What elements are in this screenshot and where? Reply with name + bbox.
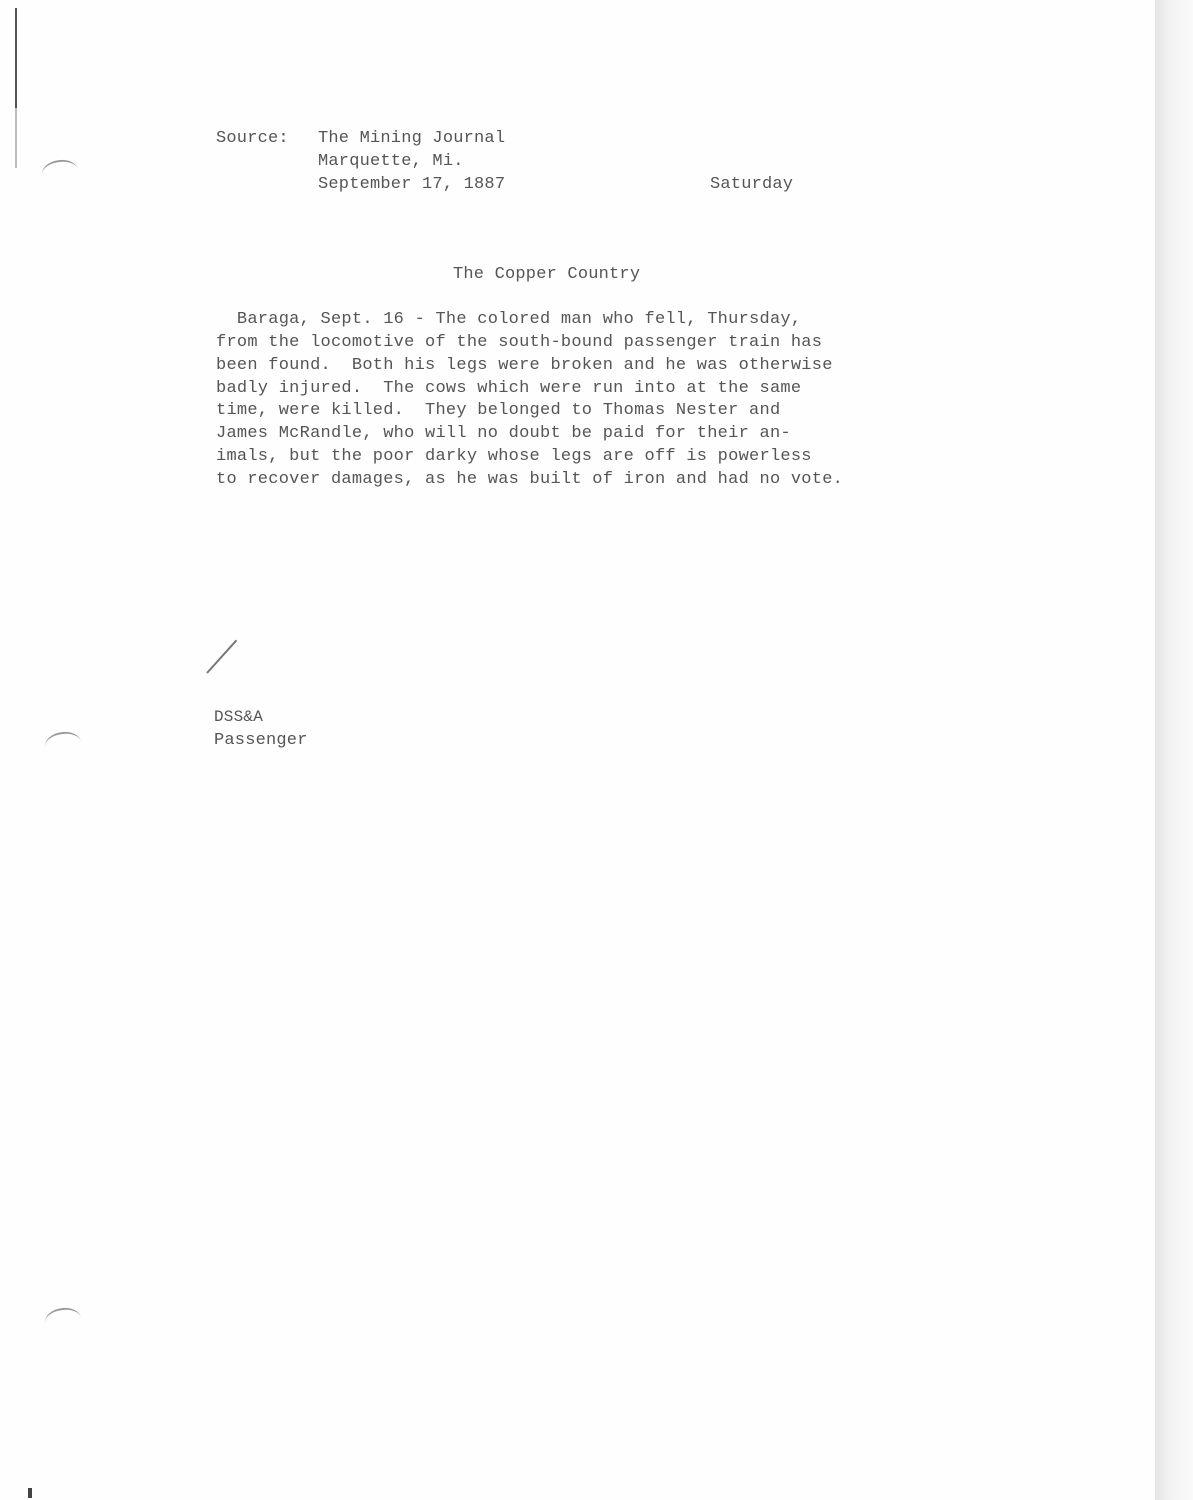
article-title: The Copper Country: [453, 264, 640, 287]
railroad-tag: DSS&A: [214, 706, 263, 729]
article-line: James McRandle, who will no doubt be pai…: [216, 424, 791, 443]
publication-date: September 17, 1887: [318, 174, 505, 197]
article-line: from the locomotive of the south-bound p…: [216, 333, 822, 352]
scan-right-edge: [1155, 0, 1193, 1500]
source-label: Source:: [216, 128, 289, 151]
article-line: Baraga, Sept. 16 - The colored man who f…: [216, 310, 801, 329]
publication-weekday: Saturday: [710, 174, 793, 197]
publication-location: Marquette, Mi.: [318, 151, 464, 174]
article-line: to recover damages, as he was built of i…: [216, 470, 843, 489]
scan-corner-mark: [28, 1488, 32, 1498]
article-line: imals, but the poor darky whose legs are…: [216, 447, 812, 466]
checkmark-icon: [206, 640, 237, 674]
category-tag: Passenger: [214, 730, 308, 753]
article-line: been found. Both his legs were broken an…: [216, 356, 833, 375]
publication-name: The Mining Journal: [318, 128, 505, 151]
scan-edge-mark-faint: [15, 108, 17, 168]
binder-hole-bottom: [44, 1306, 83, 1335]
binder-hole-middle: [44, 730, 83, 759]
article-line: badly injured. The cows which were run i…: [216, 379, 801, 398]
binder-hole-top: [41, 158, 80, 187]
article-line: time, were killed. They belonged to Thom…: [216, 401, 780, 420]
scan-edge-mark: [15, 8, 17, 108]
document-page: Source: The Mining Journal Marquette, Mi…: [0, 0, 1155, 1500]
